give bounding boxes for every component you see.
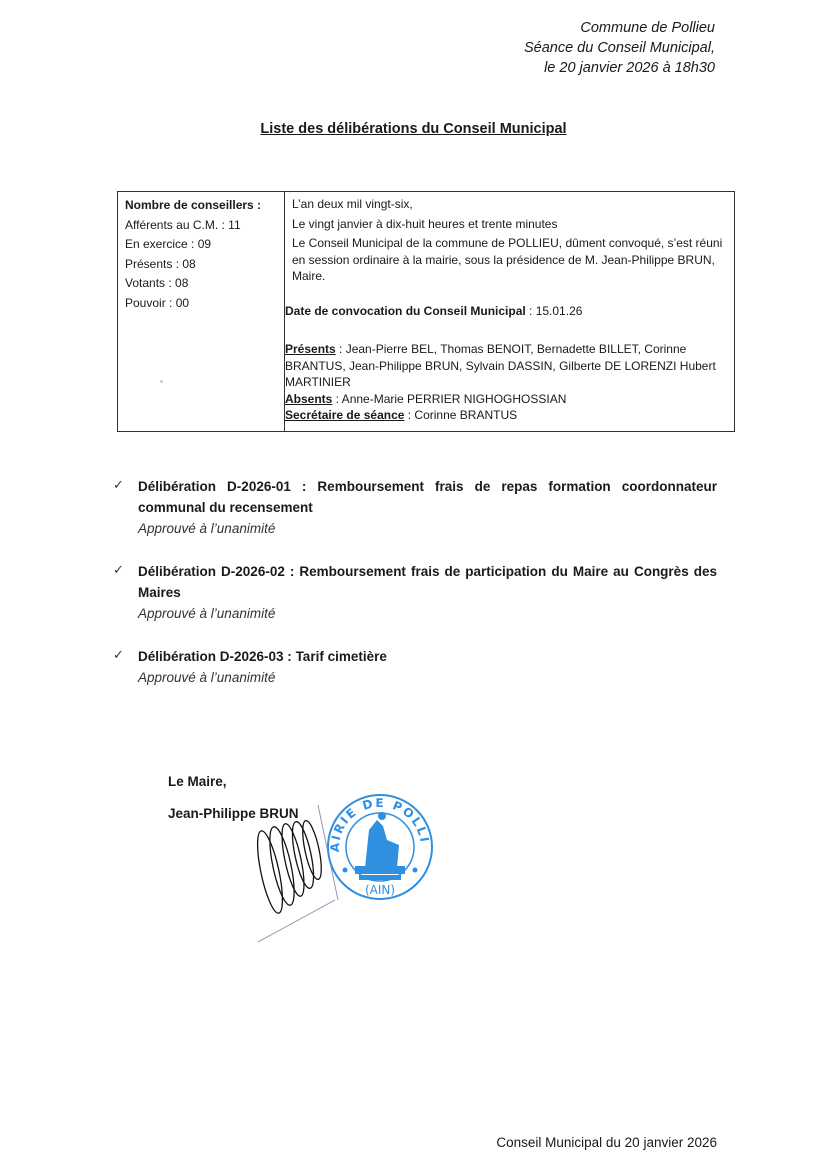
header-date: le 20 janvier 2026 à 18h30 — [524, 58, 715, 78]
secretary-label: Secrétaire de séance — [285, 408, 404, 422]
count-exercice: En exercice : 09 — [125, 235, 284, 255]
secretary: Secrétaire de séance : Corinne BRANTUS — [285, 407, 728, 424]
deliberation-status: Approuvé à l’unanimité — [138, 603, 717, 624]
deliberation-ref: Délibération D-2026-02 : — [138, 564, 294, 579]
secretary-value: : Corinne BRANTUS — [404, 408, 517, 422]
session-info-table: Nombre de conseillers : Afférents au C.M… — [117, 191, 735, 432]
convocation-value: : 15.01.26 — [526, 304, 583, 318]
deliberation-item: ✓ Délibération D-2026-03 : Tarif cimetiè… — [113, 646, 717, 688]
document-header: Commune de Pollieu Séance du Conseil Mun… — [524, 18, 715, 78]
check-icon: ✓ — [113, 477, 124, 493]
signatory-role: Le Maire, — [168, 774, 299, 789]
session-details: L’an deux mil vingt-six, Le vingt janvie… — [285, 192, 734, 431]
deliberation-title: Délibération D-2026-01 : Remboursement f… — [138, 476, 717, 518]
absents-list: Absents : Anne-Marie PERRIER NIGHOGHOSSI… — [285, 391, 728, 408]
deliberation-title: Délibération D-2026-02 : Remboursement f… — [138, 561, 717, 603]
town-hall-stamp-icon: MAIRIE DE POLLIEU (AIN) — [325, 790, 435, 902]
header-seance: Séance du Conseil Municipal, — [524, 38, 715, 58]
deliberation-status: Approuvé à l’unanimité — [138, 667, 717, 688]
deliberation-subject: Tarif cimetière — [292, 649, 387, 664]
preamble-convened: Le Conseil Municipal de la commune de PO… — [285, 235, 728, 285]
svg-text:(AIN): (AIN) — [365, 883, 395, 897]
count-afferents: Afférents au C.M. : 11 — [125, 216, 284, 236]
presents-list: Présents : Jean-Pierre BEL, Thomas BENOI… — [285, 341, 728, 391]
councillor-counts: Nombre de conseillers : Afférents au C.M… — [118, 192, 285, 431]
absents-value: : Anne-Marie PERRIER NIGHOGHOSSIAN — [332, 392, 566, 406]
absents-label: Absents — [285, 392, 332, 406]
count-presents: Présents : 08 — [125, 255, 284, 275]
deliberations-list: ✓ Délibération D-2026-01 : Remboursement… — [113, 476, 717, 710]
check-icon: ✓ — [113, 647, 124, 663]
deliberation-status: Approuvé à l’unanimité — [138, 518, 717, 539]
preamble-year: L’an deux mil vingt-six, — [285, 196, 728, 213]
convocation-date: Date de convocation du Conseil Municipal… — [285, 303, 728, 320]
presents-label: Présents — [285, 342, 336, 356]
header-commune: Commune de Pollieu — [524, 18, 715, 38]
convocation-label: Date de convocation du Conseil Municipal — [285, 304, 526, 318]
deliberation-item: ✓ Délibération D-2026-01 : Remboursement… — [113, 476, 717, 539]
page-footer: Conseil Municipal du 20 janvier 2026 — [496, 1135, 717, 1150]
page-title: Liste des délibérations du Conseil Munic… — [0, 121, 827, 137]
deliberation-item: ✓ Délibération D-2026-02 : Remboursement… — [113, 561, 717, 624]
presents-value: : Jean-Pierre BEL, Thomas BENOIT, Bernad… — [285, 342, 716, 389]
check-icon: ✓ — [113, 562, 124, 578]
counts-heading: Nombre de conseillers : — [125, 196, 284, 216]
deliberation-ref: Délibération D-2026-01 : — [138, 479, 306, 494]
scan-speck — [160, 380, 163, 383]
preamble-time: Le vingt janvier à dix-huit heures et tr… — [285, 216, 728, 233]
deliberation-title: Délibération D-2026-03 : Tarif cimetière — [138, 646, 717, 667]
count-votants: Votants : 08 — [125, 274, 284, 294]
count-pouvoir: Pouvoir : 00 — [125, 294, 284, 314]
deliberation-ref: Délibération D-2026-03 : — [138, 649, 292, 664]
